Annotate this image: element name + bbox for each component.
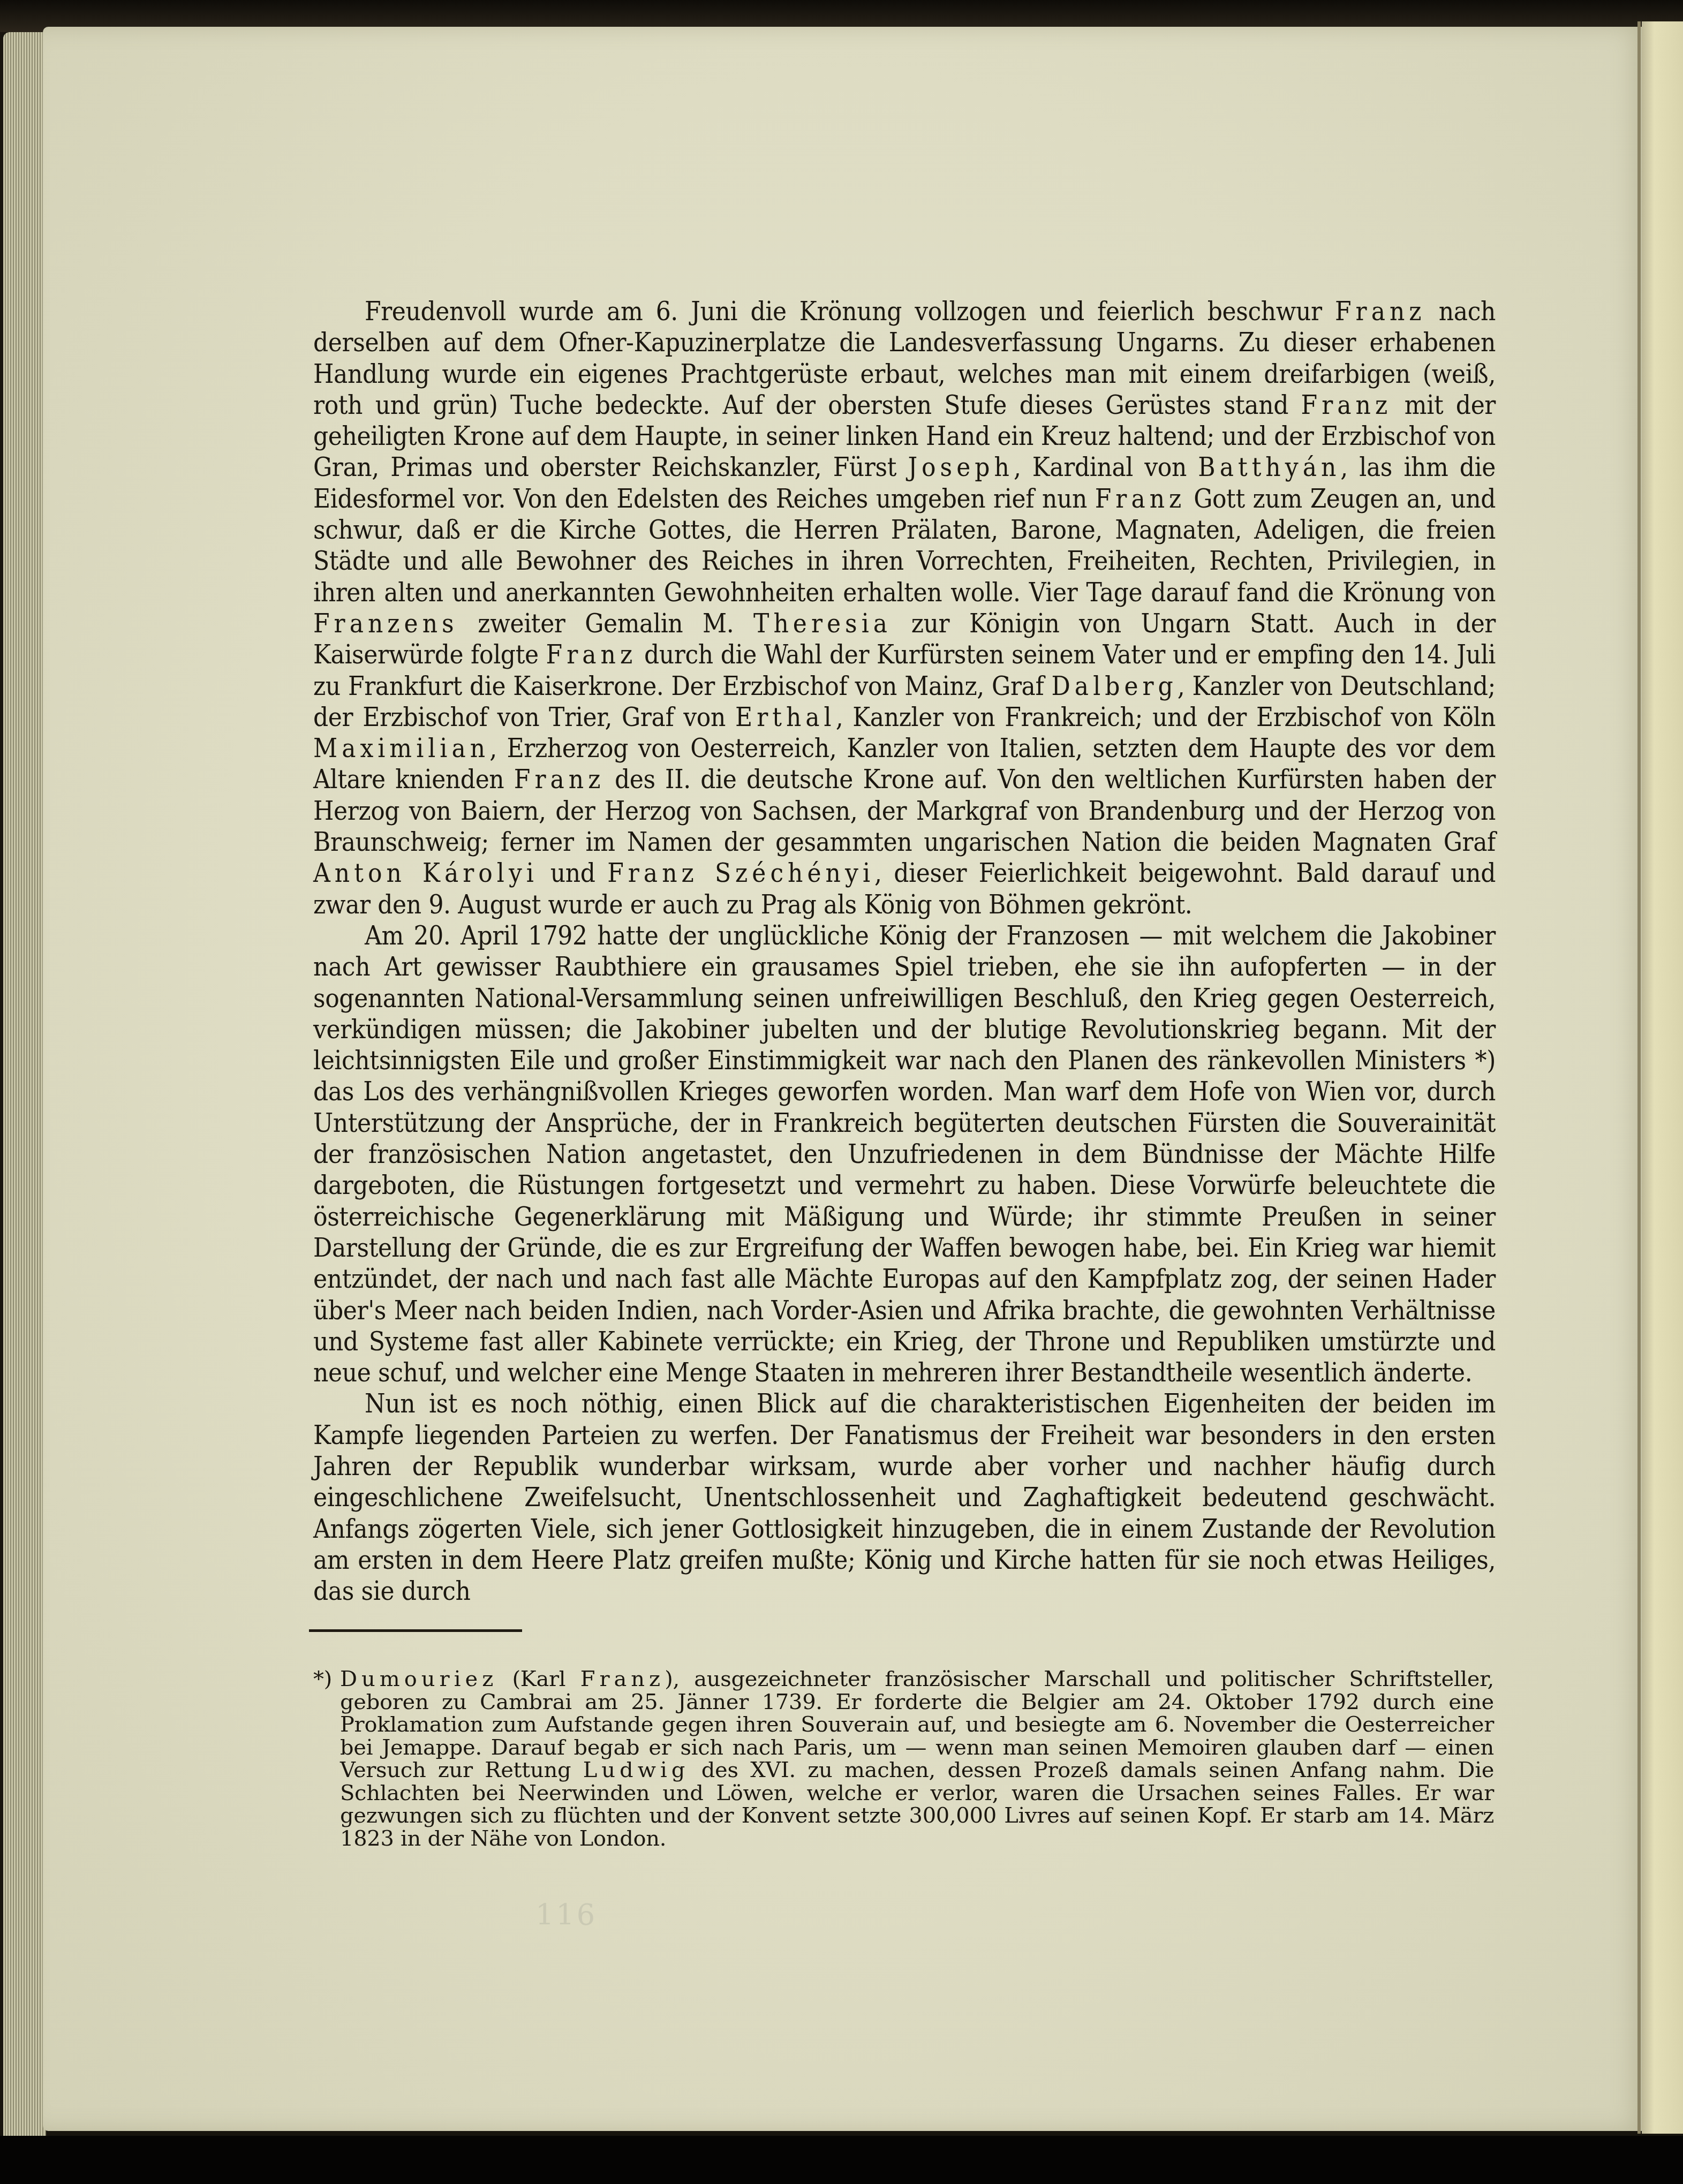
spaced-name: Franz <box>514 764 605 795</box>
footnote-separator-rule <box>309 1629 522 1632</box>
footnote-dumouriez: *)Dumouriez (Karl Franz), ausgezeichnete… <box>313 1668 1494 1850</box>
spaced-name: Maximilian <box>313 733 489 764</box>
footnote-marker: *) <box>313 1668 340 1691</box>
text-run: Nun ist es noch nöthig, einen Blick auf … <box>313 1388 1496 1606</box>
spaced-name: Franz <box>1301 390 1392 420</box>
facing-page-sliver <box>1642 21 1683 2134</box>
footnotes: *)Dumouriez (Karl Franz), ausgezeichnete… <box>313 1668 1494 1850</box>
spaced-name: Franz <box>1335 296 1426 327</box>
spaced-name: Anton Károlyi <box>313 858 538 888</box>
spaced-name: Erthal <box>735 702 836 732</box>
footnote-text: Dumouriez (Karl Franz), ausgezeichneter … <box>340 1667 1494 1851</box>
spaced-name: Theresia <box>753 608 892 639</box>
spaced-name: Franz <box>1095 483 1186 514</box>
text-run: , Kanzler von Frankreich; und der Erzbis… <box>836 702 1496 732</box>
scan-background-bottom <box>0 2136 1683 2184</box>
spaced-name: Joseph <box>908 452 1014 482</box>
text-run: und <box>538 858 607 888</box>
body-text: Freudenvoll wurde am 6. Juni die Krönung… <box>313 296 1496 1607</box>
spaced-name: Dumouriez <box>340 1667 497 1691</box>
text-run: (Karl <box>497 1667 580 1691</box>
text-run: Freudenvoll wurde am 6. Juni die Krönung… <box>365 296 1335 327</box>
text-run: zweiter Gemalin M. <box>458 608 753 639</box>
page-gutter-shadow <box>1637 21 1641 2134</box>
spaced-name: Franz <box>580 1667 665 1691</box>
spaced-name: Franz <box>546 639 637 670</box>
paragraph-parties: Nun ist es noch nöthig, einen Blick auf … <box>313 1388 1496 1607</box>
spaced-name: Franz Széchényi <box>607 858 874 888</box>
spaced-name: Franzens <box>313 608 458 639</box>
spaced-name: Dalberg <box>1052 671 1178 701</box>
stacked-page-edges <box>3 32 46 2147</box>
bleed-through-page-number: 116 <box>535 1898 597 1932</box>
text-run: Am 20. April 1792 hatte der unglückliche… <box>313 920 1496 1388</box>
paragraph-war-declaration: Am 20. April 1792 hatte der unglückliche… <box>313 920 1496 1388</box>
spaced-name: Batthyán <box>1198 452 1340 482</box>
text-run: , Kardinal von <box>1014 452 1198 482</box>
paragraph-coronation: Freudenvoll wurde am 6. Juni die Krönung… <box>313 296 1496 920</box>
spaced-name: Ludwig <box>583 1758 690 1782</box>
